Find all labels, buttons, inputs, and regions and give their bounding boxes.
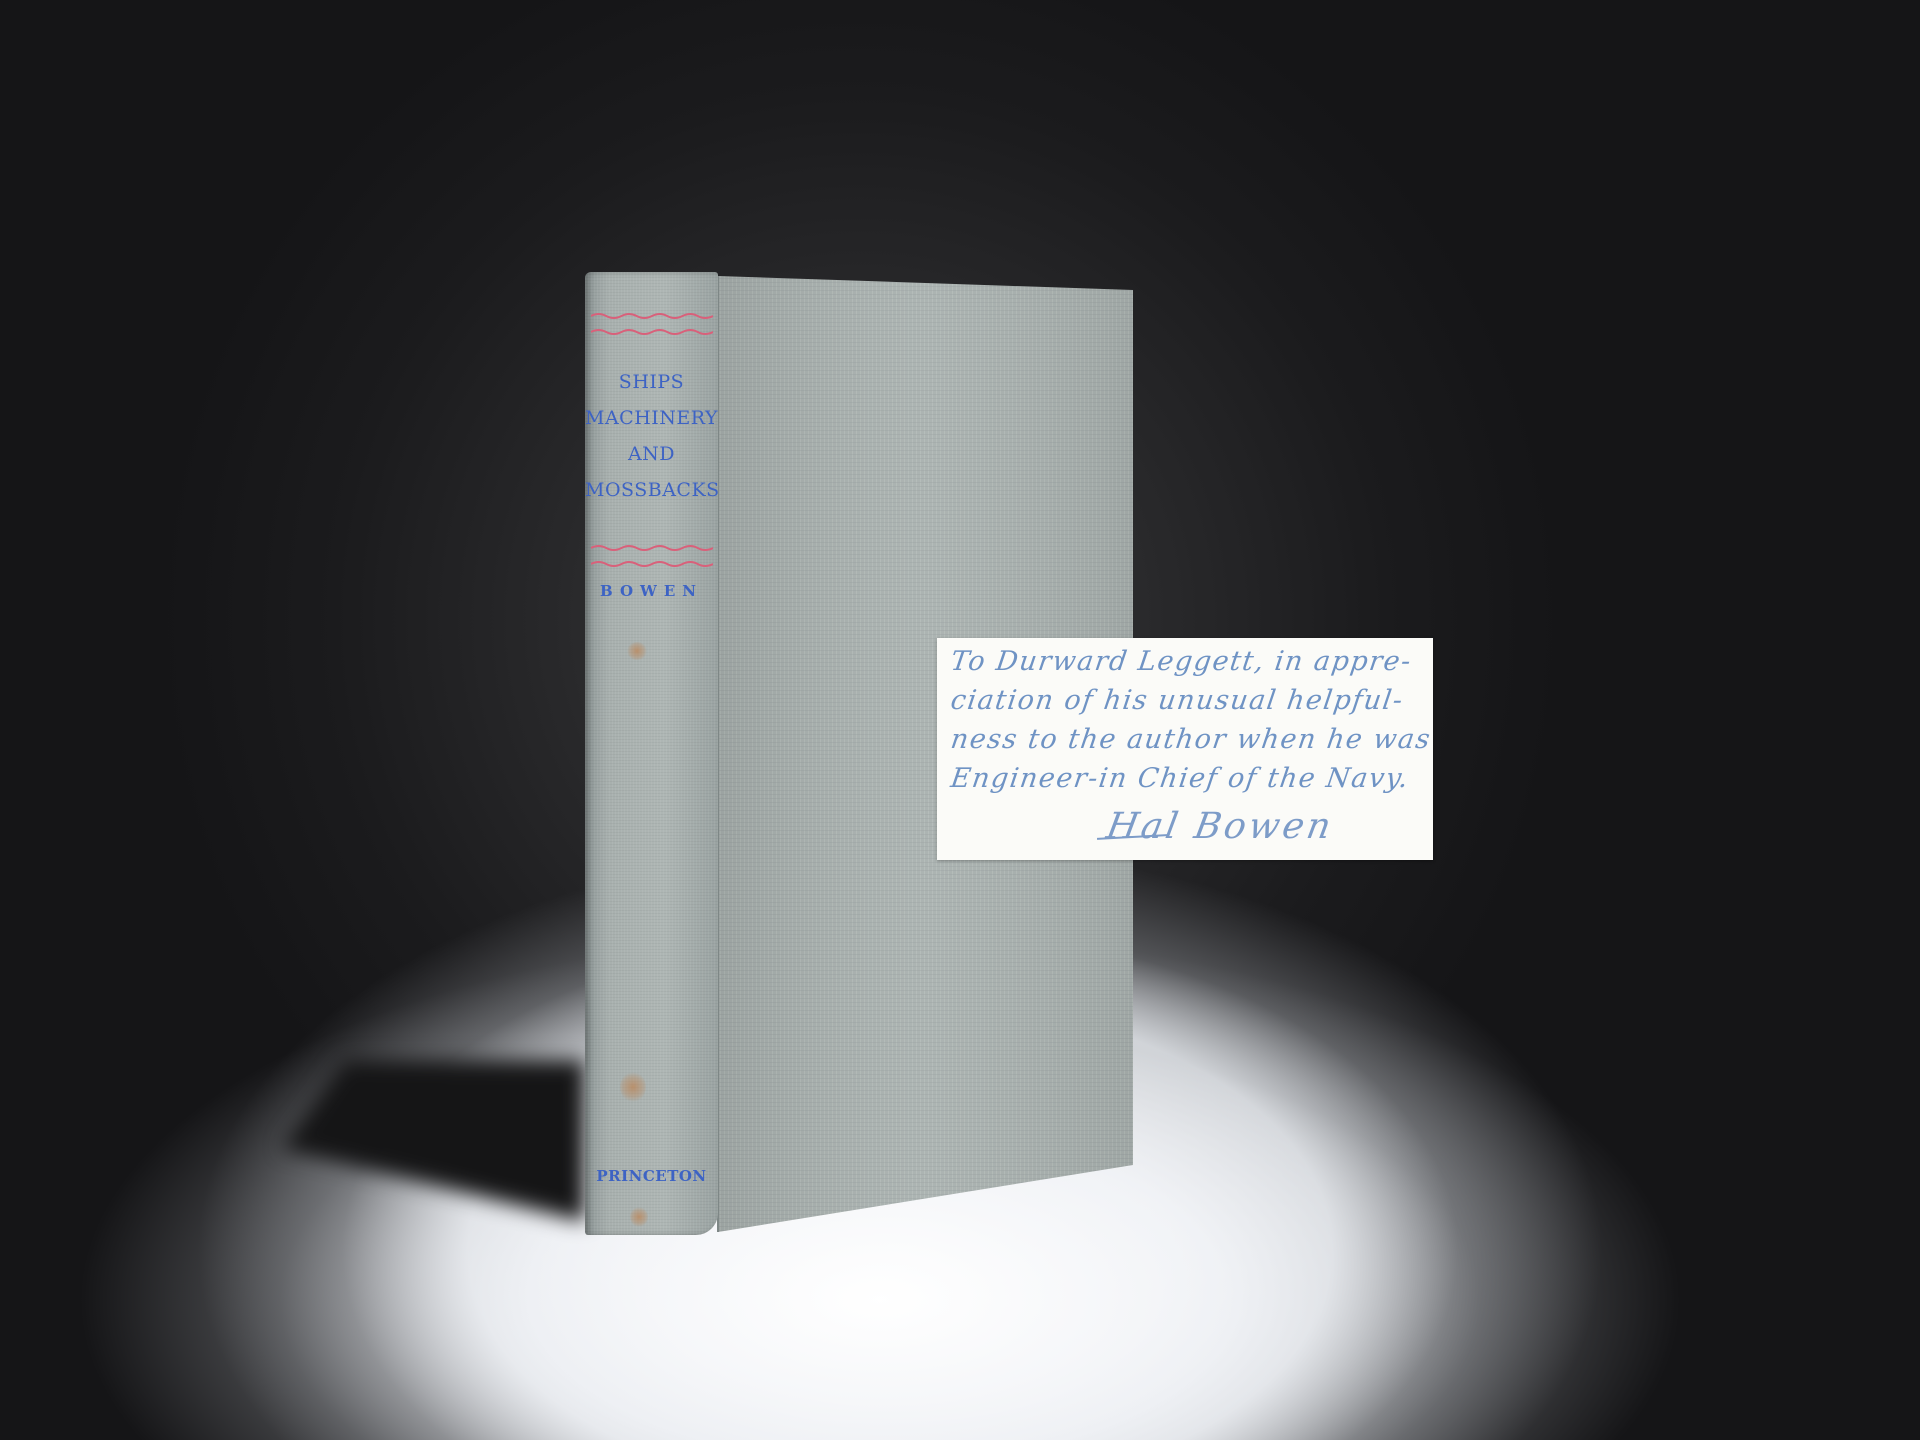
foxing-spot	[620, 1072, 646, 1102]
spine-title-line: SHIPS	[585, 364, 718, 400]
book-spine: SHIPS MACHINERY AND MOSSBACKS BOWEN PRIN…	[585, 272, 718, 1235]
inscription-inset: To Durward Leggett, in appre- ciation of…	[937, 638, 1433, 860]
signature: Hal Bowen	[1103, 806, 1336, 847]
spine-title-line: MOSSBACKS	[585, 472, 718, 508]
decorative-rule-icon	[591, 544, 713, 552]
inscription-line: To Durward Leggett, in appre-	[949, 646, 1414, 677]
spine-title-line: MACHINERY	[585, 400, 718, 436]
decorative-rule-icon	[591, 560, 713, 568]
decorative-rule-icon	[591, 328, 713, 336]
spine-title-line: AND	[585, 436, 718, 472]
inscription-line: Engineer-in Chief of the Navy.	[949, 763, 1411, 794]
spine-title: SHIPS MACHINERY AND MOSSBACKS	[585, 364, 718, 508]
foxing-spot	[627, 642, 647, 660]
inscription-line: ciation of his unusual helpful-	[949, 685, 1406, 716]
foxing-spot	[630, 1207, 648, 1227]
product-photo: SHIPS MACHINERY AND MOSSBACKS BOWEN PRIN…	[0, 0, 1920, 1440]
spine-author: BOWEN	[585, 582, 718, 600]
inscription-line: ness to the author when he was	[949, 724, 1433, 755]
decorative-rule-icon	[591, 312, 713, 320]
spine-publisher: PRINCETON	[585, 1167, 718, 1185]
